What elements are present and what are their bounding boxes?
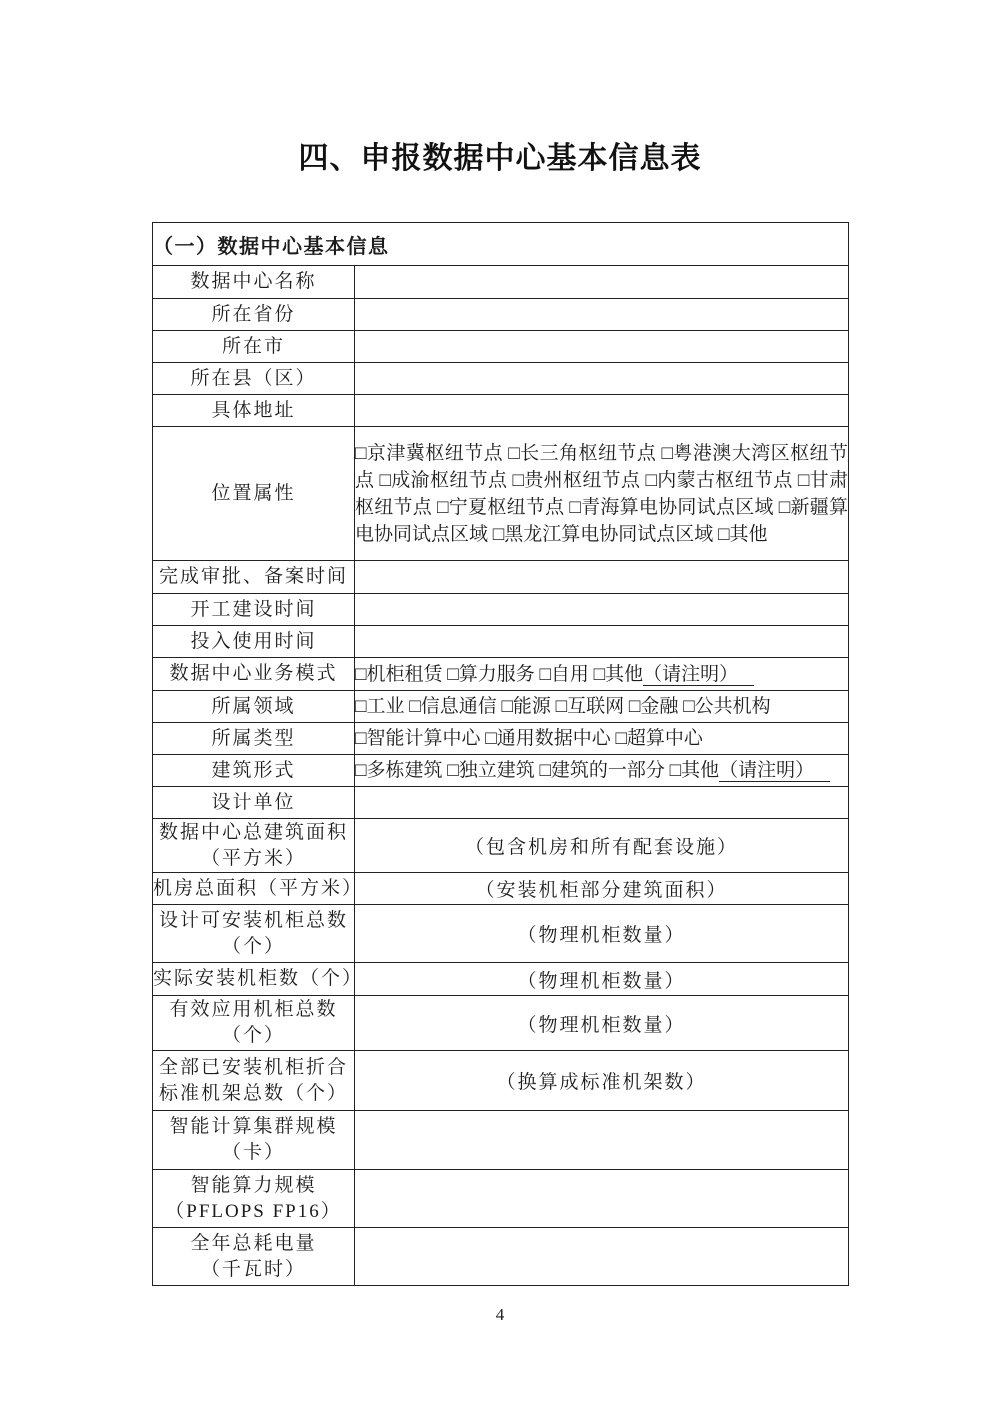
table-row-city: 所在市: [153, 331, 849, 363]
table-row-datacenter-name: 数据中心名称: [153, 266, 849, 299]
note-cell-machine-room-area: （安装机柜部分建筑面积）: [355, 873, 849, 905]
row-label-province: 所在省份: [153, 299, 355, 331]
row-label-effective-cabinet-total: 有效应用机柜总数 （个）: [153, 996, 355, 1051]
row-label-industry-field: 所属领域: [153, 691, 355, 723]
row-label-datacenter-name: 数据中心名称: [153, 266, 355, 299]
note-cell-designed-cabinet-total: （物理机柜数量）: [355, 905, 849, 963]
value-cell-approval-time: [355, 561, 849, 594]
row-label-intelligent-cluster-scale: 智能计算集群规模 （卡）: [153, 1111, 355, 1170]
value-cell-datacenter-name: [355, 266, 849, 299]
location-attribute-options-text: □京津冀枢纽节点 □长三角枢纽节点 □粤港澳大湾区枢纽节点 □成渝枢纽节点 □贵…: [355, 443, 848, 545]
table-row-installed-cabinet-count: 实际安装机柜数（个） （物理机柜数量）: [153, 963, 849, 996]
table-row-annual-power-consumption: 全年总耗电量 （千瓦时）: [153, 1228, 849, 1286]
note-cell-effective-cabinet-total: （物理机柜数量）: [355, 996, 849, 1051]
table-row-county: 所在县（区）: [153, 363, 849, 395]
table-row-datacenter-type: 所属类型 □智能计算中心 □通用数据中心 □超算中心: [153, 723, 849, 755]
table-row-address: 具体地址: [153, 395, 849, 427]
value-cell-operation-time: [355, 626, 849, 658]
value-cell-address: [355, 395, 849, 427]
row-label-designed-cabinet-total: 设计可安装机柜总数 （个）: [153, 905, 355, 963]
note-cell-installed-cabinet-count: （物理机柜数量）: [355, 963, 849, 996]
row-label-design-unit: 设计单位: [153, 787, 355, 819]
row-label-approval-time: 完成审批、备案时间: [153, 561, 355, 594]
business-mode-options-text: □机柜租赁 □算力服务 □自用 □其他: [355, 664, 643, 685]
value-cell-construction-start-time: [355, 594, 849, 626]
row-label-business-mode: 数据中心业务模式: [153, 658, 355, 691]
value-cell-intelligent-computing-scale: [355, 1170, 849, 1228]
table-row-province: 所在省份: [153, 299, 849, 331]
table-row-intelligent-computing-scale: 智能算力规模 （PFLOPS FP16）: [153, 1170, 849, 1228]
value-cell-city: [355, 331, 849, 363]
table-row-total-building-area: 数据中心总建筑面积 （平方米） （包含机房和所有配套设施）: [153, 819, 849, 873]
business-mode-fill-in-blank: （请注明）: [643, 664, 754, 686]
basic-info-table: （一）数据中心基本信息 数据中心名称 所在省份 所在市 所在县（区） 具体地址: [152, 222, 849, 1286]
row-label-annual-power-consumption: 全年总耗电量 （千瓦时）: [153, 1228, 355, 1286]
row-label-intelligent-computing-scale: 智能算力规模 （PFLOPS FP16）: [153, 1170, 355, 1228]
table-section-header: （一）数据中心基本信息: [153, 223, 849, 266]
value-cell-design-unit: [355, 787, 849, 819]
row-label-total-building-area: 数据中心总建筑面积 （平方米）: [153, 819, 355, 873]
value-cell-datacenter-type: □智能计算中心 □通用数据中心 □超算中心: [355, 723, 849, 755]
value-cell-building-form: □多栋建筑 □独立建筑 □建筑的一部分 □其他（请注明）: [355, 755, 849, 787]
value-cell-province: [355, 299, 849, 331]
industry-field-options-text: □工业 □信息通信 □能源 □互联网 □金融 □公共机构: [355, 696, 771, 717]
table-row-construction-start-time: 开工建设时间: [153, 594, 849, 626]
row-label-installed-cabinet-count: 实际安装机柜数（个）: [153, 963, 355, 996]
row-label-operation-time: 投入使用时间: [153, 626, 355, 658]
value-cell-intelligent-cluster-scale: [355, 1111, 849, 1170]
building-form-fill-in-blank: （请注明）: [719, 760, 830, 782]
row-label-county: 所在县（区）: [153, 363, 355, 395]
row-label-datacenter-type: 所属类型: [153, 723, 355, 755]
table-row-operation-time: 投入使用时间: [153, 626, 849, 658]
table-row-intelligent-cluster-scale: 智能计算集群规模 （卡）: [153, 1111, 849, 1170]
table-row-machine-room-area: 机房总面积（平方米） （安装机柜部分建筑面积）: [153, 873, 849, 905]
table-row-standard-rack-total: 全部已安装机柜折合 标准机架总数（个） （换算成标准机架数）: [153, 1051, 849, 1111]
table-row-location-attribute: 位置属性 □京津冀枢纽节点 □长三角枢纽节点 □粤港澳大湾区枢纽节点 □成渝枢纽…: [153, 427, 849, 561]
table-row-business-mode: 数据中心业务模式 □机柜租赁 □算力服务 □自用 □其他（请注明）: [153, 658, 849, 691]
datacenter-type-options-text: □智能计算中心 □通用数据中心 □超算中心: [355, 728, 703, 749]
value-cell-industry-field: □工业 □信息通信 □能源 □互联网 □金融 □公共机构: [355, 691, 849, 723]
value-cell-annual-power-consumption: [355, 1228, 849, 1286]
row-label-construction-start-time: 开工建设时间: [153, 594, 355, 626]
row-label-location-attribute: 位置属性: [153, 427, 355, 561]
table-row-design-unit: 设计单位: [153, 787, 849, 819]
value-cell-location-attribute: □京津冀枢纽节点 □长三角枢纽节点 □粤港澳大湾区枢纽节点 □成渝枢纽节点 □贵…: [355, 427, 849, 561]
row-label-machine-room-area: 机房总面积（平方米）: [153, 873, 355, 905]
page-title: 四、申报数据中心基本信息表: [0, 133, 1000, 177]
row-label-standard-rack-total: 全部已安装机柜折合 标准机架总数（个）: [153, 1051, 355, 1111]
row-label-building-form: 建筑形式: [153, 755, 355, 787]
table-row-section-header: （一）数据中心基本信息: [153, 223, 849, 266]
note-cell-total-building-area: （包含机房和所有配套设施）: [355, 819, 849, 873]
page-number: 4: [0, 1305, 1000, 1325]
document-page: 四、申报数据中心基本信息表 （一）数据中心基本信息 数据中心名称 所在省份 所在…: [0, 0, 1000, 1413]
row-label-city: 所在市: [153, 331, 355, 363]
table-row-designed-cabinet-total: 设计可安装机柜总数 （个） （物理机柜数量）: [153, 905, 849, 963]
table-row-industry-field: 所属领域 □工业 □信息通信 □能源 □互联网 □金融 □公共机构: [153, 691, 849, 723]
building-form-options-text: □多栋建筑 □独立建筑 □建筑的一部分 □其他: [355, 760, 719, 781]
value-cell-county: [355, 363, 849, 395]
table-row-building-form: 建筑形式 □多栋建筑 □独立建筑 □建筑的一部分 □其他（请注明）: [153, 755, 849, 787]
table-row-effective-cabinet-total: 有效应用机柜总数 （个） （物理机柜数量）: [153, 996, 849, 1051]
row-label-address: 具体地址: [153, 395, 355, 427]
table-row-approval-time: 完成审批、备案时间: [153, 561, 849, 594]
note-cell-standard-rack-total: （换算成标准机架数）: [355, 1051, 849, 1111]
value-cell-business-mode: □机柜租赁 □算力服务 □自用 □其他（请注明）: [355, 658, 849, 691]
